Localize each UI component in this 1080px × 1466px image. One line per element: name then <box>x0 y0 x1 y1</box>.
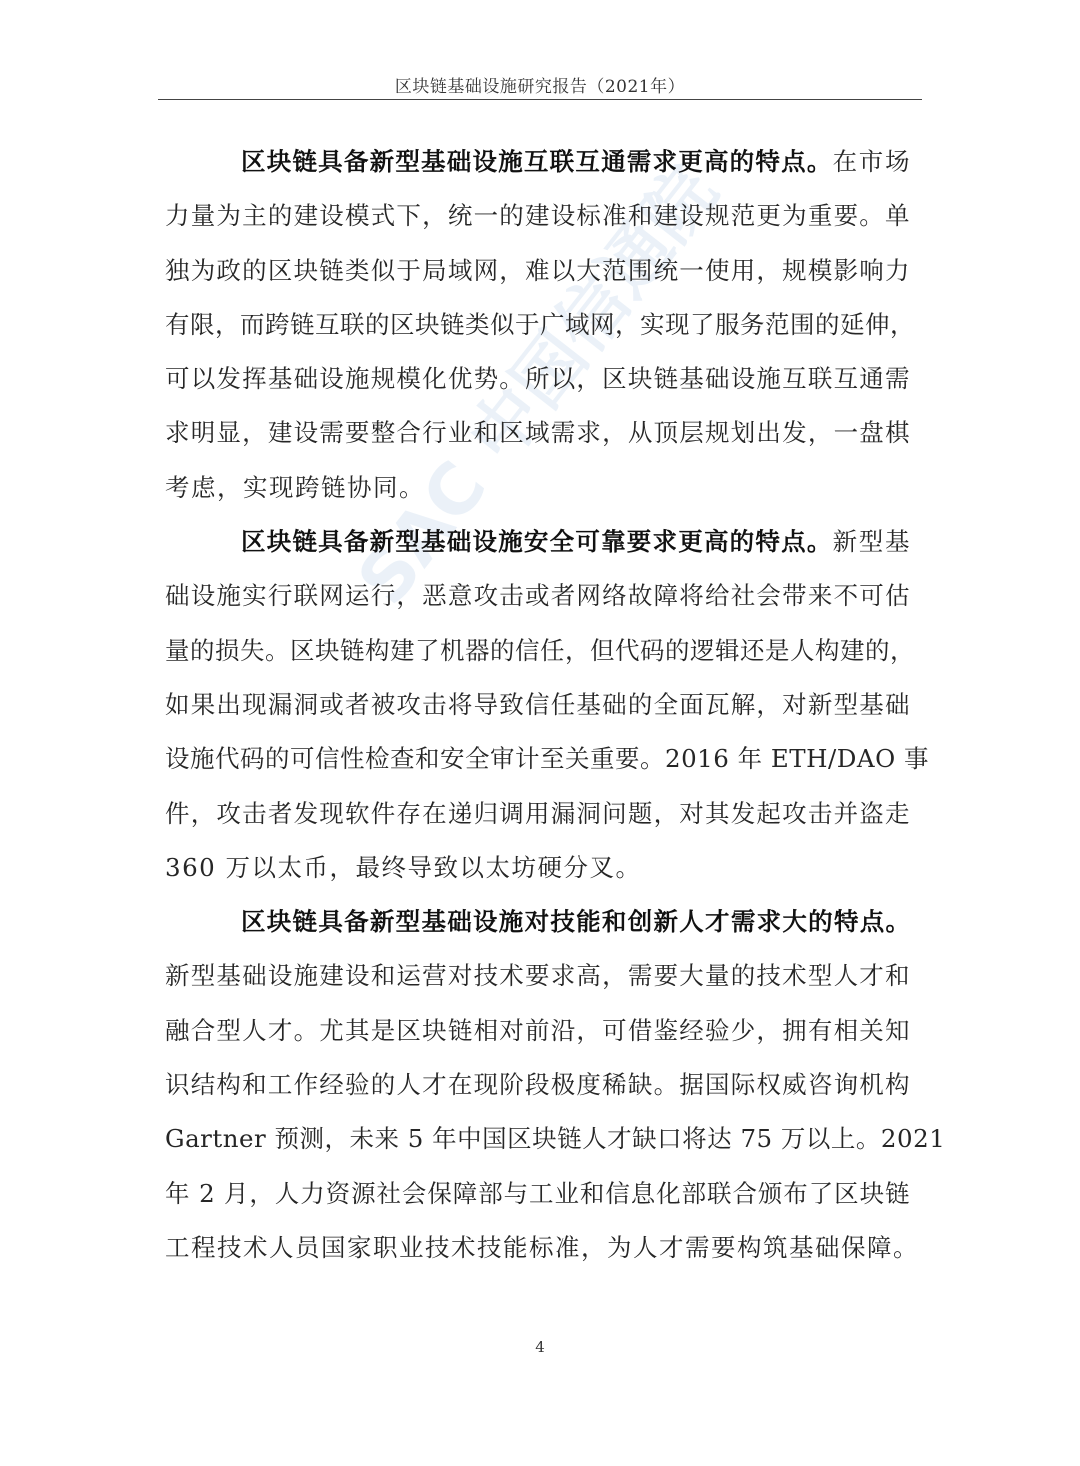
text-line: 础设施实行联网运行，恶意攻击或者网络故障将给社会带来不可估 <box>165 574 910 628</box>
paragraph-talent: 区块链具备新型基础设施对技能和创新人才需求大的特点。 新型基础设施建设和运营对技… <box>165 900 910 1280</box>
text-line: 可以发挥基础设施规模化优势。所以，区块链基础设施互联互通需 <box>165 357 910 411</box>
text-line: 设施代码的可信性检查和安全审计至关重要。2016 年 ETH/DAO 事 <box>165 737 910 791</box>
text-line: 量的损失。区块链构建了机器的信任，但代码的逻辑还是人构建的， <box>165 629 910 683</box>
paragraph-interconnection: 区块链具备新型基础设施互联互通需求更高的特点。在市场 力量为主的建设模式下，统一… <box>165 140 910 520</box>
text-line: 求明显，建设需要整合行业和区域需求，从顶层规划出发，一盘棋 <box>165 411 910 465</box>
page-number: 4 <box>0 1338 1080 1356</box>
text-line: 件，攻击者发现软件存在递归调用漏洞问题，对其发起攻击并盗走 <box>165 792 910 846</box>
paragraph-lead-heading: 区块链具备新型基础设施对技能和创新人才需求大的特点。 <box>241 907 910 936</box>
text-line: 独为政的区块链类似于局域网，难以大范围统一使用，规模影响力 <box>165 249 910 303</box>
text-line: 力量为主的建设模式下，统一的建设标准和建设规范更为重要。单 <box>165 194 910 248</box>
text-line: 区块链具备新型基础设施对技能和创新人才需求大的特点。 <box>165 900 910 954</box>
text-line: 考虑，实现跨链协同。 <box>165 466 910 520</box>
text-line: 年 2 月，人力资源社会保障部与工业和信息化部联合颁布了区块链 <box>165 1172 910 1226</box>
text-line: 有限，而跨链互联的区块链类似于广域网，实现了服务范围的延伸， <box>165 303 910 357</box>
document-body: 区块链具备新型基础设施互联互通需求更高的特点。在市场 力量为主的建设模式下，统一… <box>165 140 910 1280</box>
text-line: 融合型人才。尤其是区块链相对前沿，可借鉴经验少，拥有相关知 <box>165 1009 910 1063</box>
running-header: 区块链基础设施研究报告（2021年） <box>160 72 920 97</box>
paragraph-lead-heading: 区块链具备新型基础设施互联互通需求更高的特点。 <box>241 147 833 176</box>
text-line: Gartner 预测，未来 5 年中国区块链人才缺口将达 75 万以上。2021 <box>165 1117 910 1171</box>
text-line: 区块链具备新型基础设施安全可靠要求更高的特点。新型基 <box>165 520 910 574</box>
text-line: 360 万以太币，最终导致以太坊硬分叉。 <box>165 846 910 900</box>
text-line: 区块链具备新型基础设施互联互通需求更高的特点。在市场 <box>165 140 910 194</box>
header-divider <box>158 99 922 100</box>
text-line: 如果出现漏洞或者被攻击将导致信任基础的全面瓦解，对新型基础 <box>165 683 910 737</box>
text-line: 识结构和工作经验的人才在现阶段极度稀缺。据国际权威咨询机构 <box>165 1063 910 1117</box>
paragraph-security: 区块链具备新型基础设施安全可靠要求更高的特点。新型基 础设施实行联网运行，恶意攻… <box>165 520 910 900</box>
text-line: 新型基础设施建设和运营对技术要求高，需要大量的技术型人才和 <box>165 954 910 1008</box>
text-line: 工程技术人员国家职业技术技能标准，为人才需要构筑基础保障。 <box>165 1226 910 1280</box>
paragraph-lead-heading: 区块链具备新型基础设施安全可靠要求更高的特点。 <box>241 527 833 556</box>
